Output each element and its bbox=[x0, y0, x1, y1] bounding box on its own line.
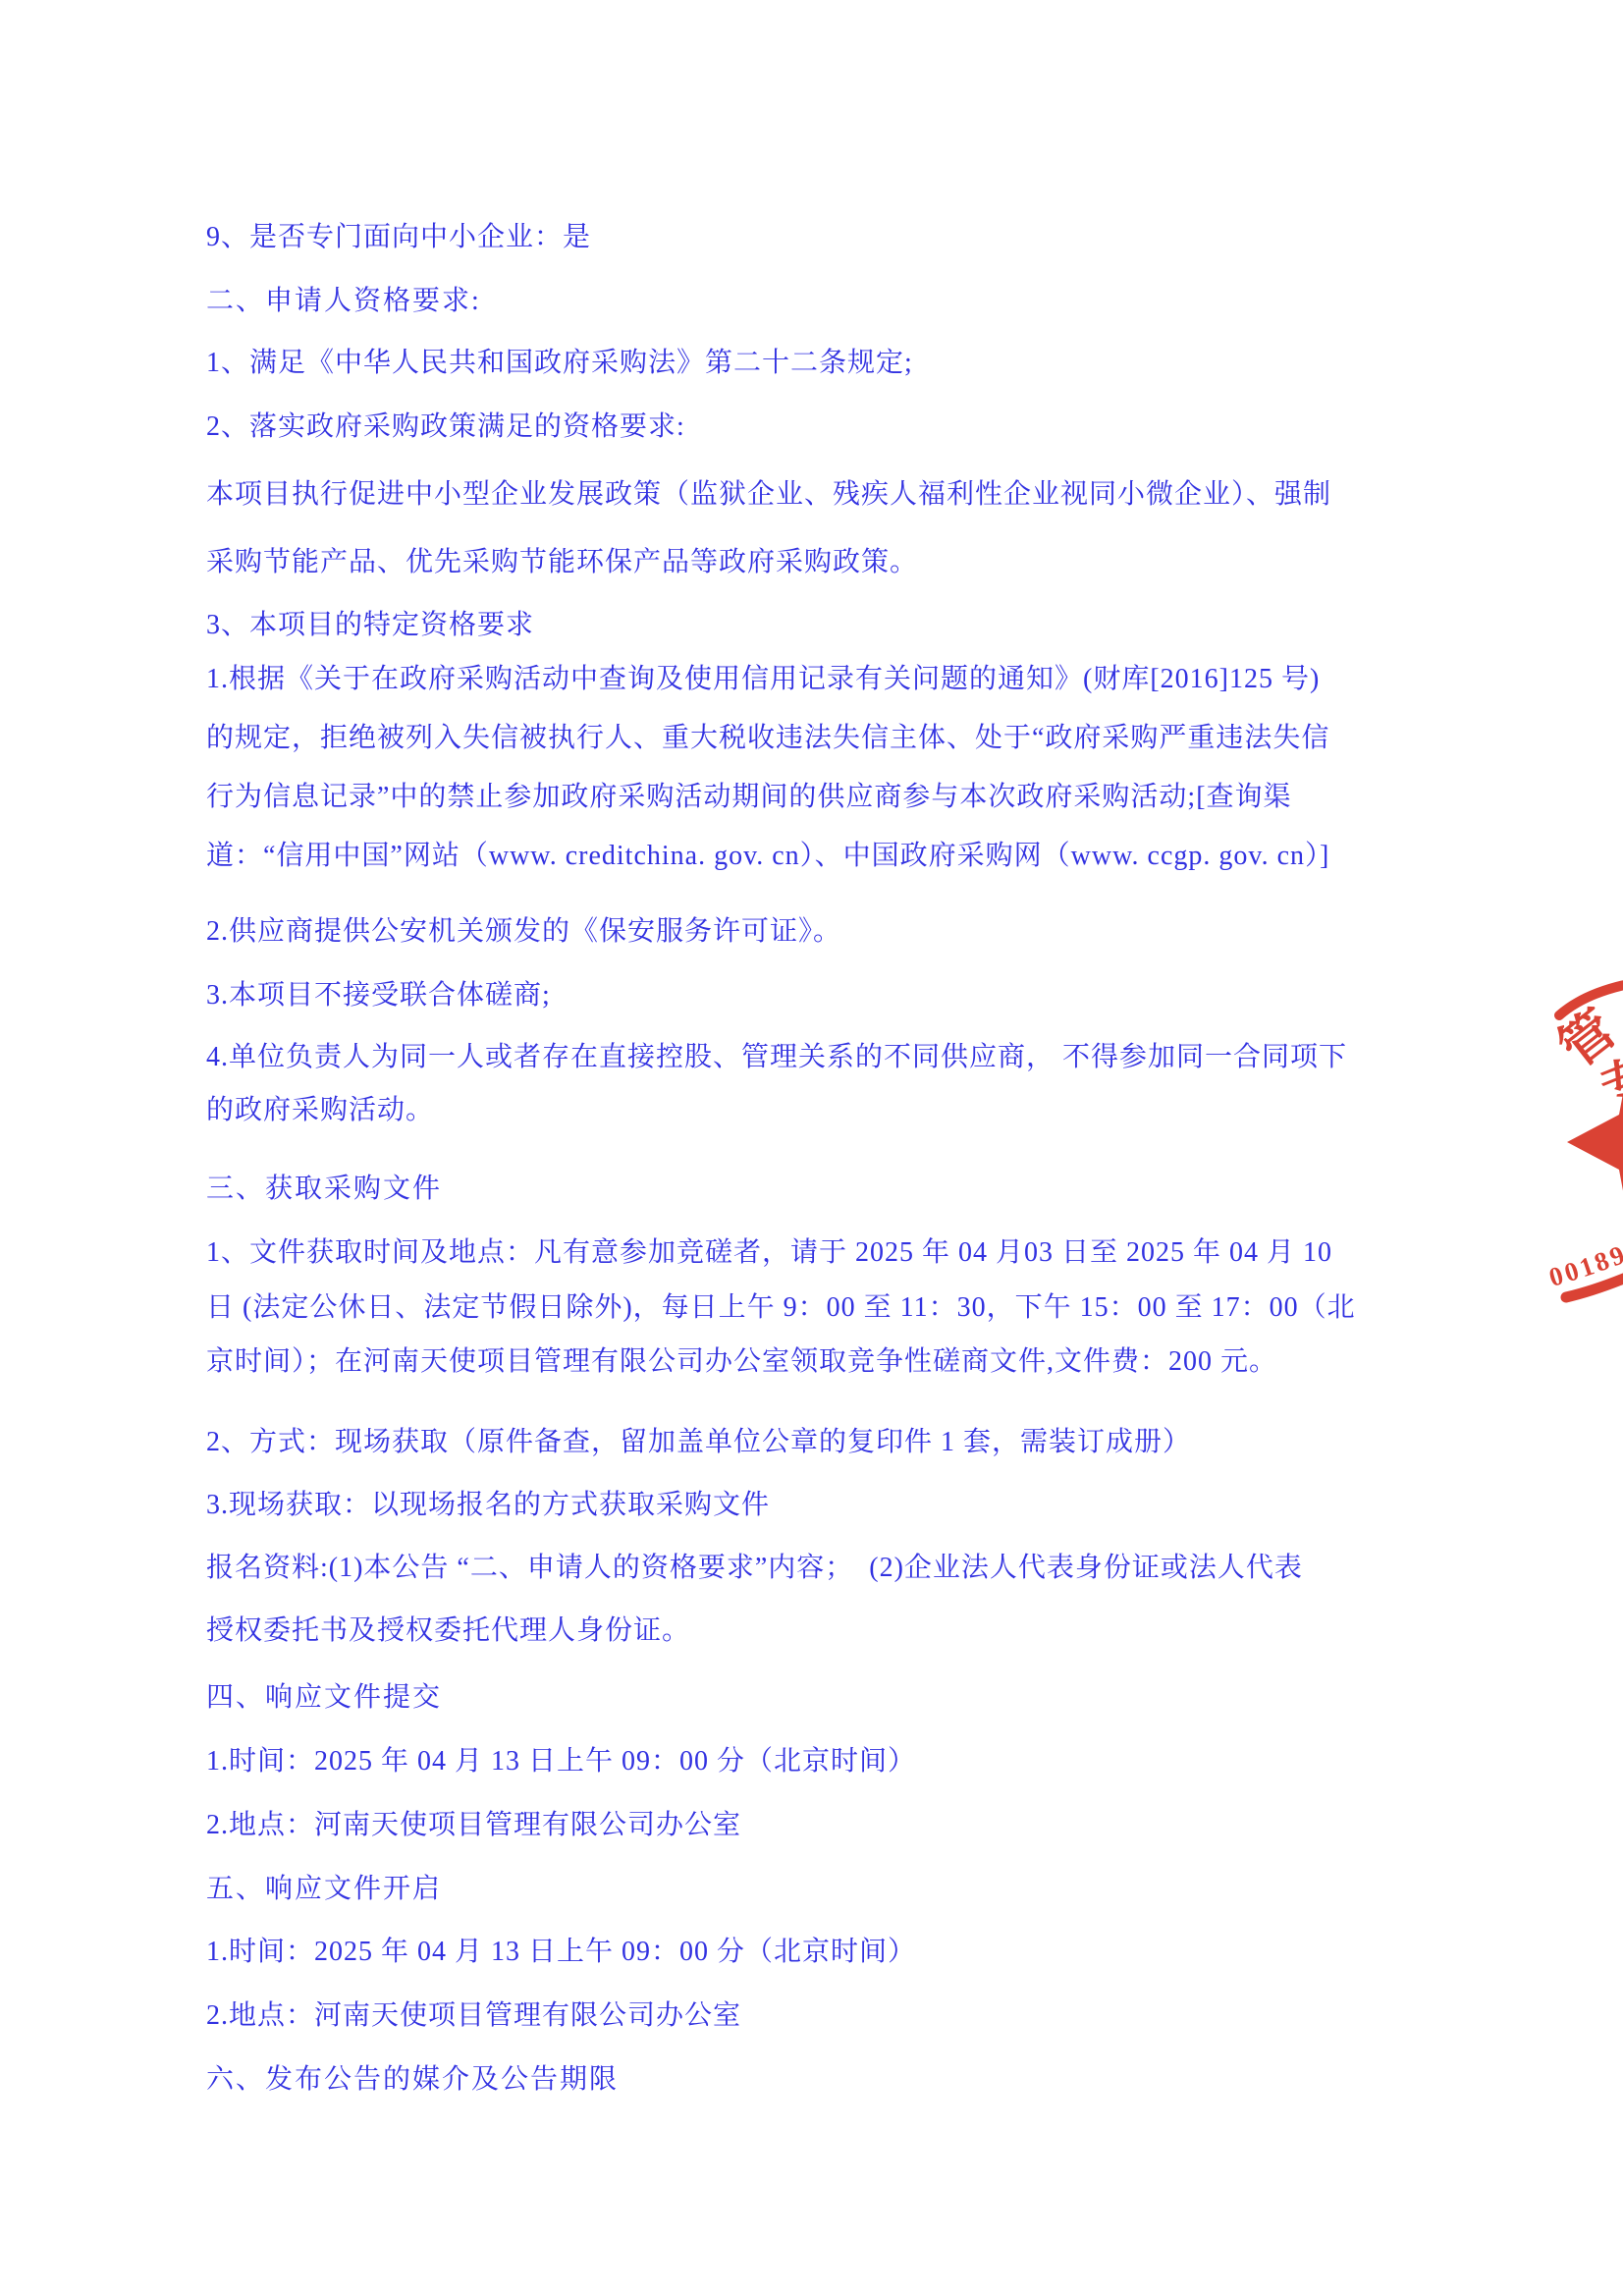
doc-line: 1.时间：2025 年 04 月 13 日上午 09：00 分（北京时间） bbox=[206, 1936, 1443, 1969]
doc-line: 授权委托书及授权委托代理人身份证。 bbox=[206, 1614, 1443, 1648]
official-stamp: 管 专 00189 bbox=[1478, 933, 1623, 1326]
doc-line: 的规定，拒绝被列入失信被执行人、重大税收违法失信主体、处于“政府采购严重违法失信 bbox=[206, 722, 1443, 755]
doc-line: 行为信息记录”中的禁止参加政府采购活动期间的供应商参与本次政府采购活动;[查询渠 bbox=[206, 781, 1443, 814]
doc-line: 2.地点：河南天使项目管理有限公司办公室 bbox=[206, 1999, 1443, 2033]
section-heading: 三、获取采购文件 bbox=[206, 1173, 1443, 1206]
doc-line: 3.现场获取：以现场报名的方式获取采购文件 bbox=[206, 1489, 1443, 1522]
doc-line: 2、落实政府采购政策满足的资格要求: bbox=[206, 410, 1443, 444]
doc-line: 1.根据《关于在政府采购活动中查询及使用信用记录有关问题的通知》(财库[2016… bbox=[206, 663, 1443, 696]
doc-line: 道：“信用中国”网站（www. creditchina. gov. cn）、中国… bbox=[206, 840, 1443, 873]
doc-line: 2.供应商提供公安机关颁发的《保安服务许可证》。 bbox=[206, 915, 1443, 949]
doc-line: 9、是否专门面向中小企业：是 bbox=[206, 221, 1443, 254]
section-heading: 四、响应文件提交 bbox=[206, 1681, 1443, 1715]
doc-line: 2、方式：现场获取（原件备查，留加盖单位公章的复印件 1 套，需装订成册） bbox=[206, 1426, 1443, 1459]
doc-line: 报名资料:(1)本公告 “二、申请人的资格要求”内容； (2)企业法人代表身份证… bbox=[206, 1552, 1443, 1585]
section-heading: 六、发布公告的媒介及公告期限 bbox=[206, 2063, 1443, 2097]
section-heading: 二、申请人资格要求: bbox=[206, 285, 1443, 318]
doc-line: 3、本项目的特定资格要求 bbox=[206, 609, 1443, 642]
doc-line: 京时间）；在河南天使项目管理有限公司办公室领取竞争性磋商文件,文件费：200 元… bbox=[206, 1345, 1443, 1379]
doc-line: 的政府采购活动。 bbox=[206, 1094, 1443, 1127]
doc-line: 1、满足《中华人民共和国政府采购法》第二十二条规定; bbox=[206, 347, 1443, 380]
doc-line: 3.本项目不接受联合体磋商; bbox=[206, 979, 1443, 1012]
doc-line: 4.单位负责人为同一人或者存在直接控股、管理关系的不同供应商， 不得参加同一合同… bbox=[206, 1041, 1443, 1074]
doc-line: 2.地点：河南天使项目管理有限公司办公室 bbox=[206, 1809, 1443, 1842]
doc-line: 日 (法定公休日、法定节假日除外)，每日上午 9：00 至 11：30，下午 1… bbox=[206, 1291, 1443, 1325]
doc-line: 1.时间：2025 年 04 月 13 日上午 09：00 分（北京时间） bbox=[206, 1745, 1443, 1778]
doc-line: 1、文件获取时间及地点：凡有意参加竞磋者，请于 2025 年 04 月03 日至… bbox=[206, 1236, 1443, 1270]
doc-line: 本项目执行促进中小型企业发展政策（监狱企业、残疾人福利性企业视同小微企业）、强制 bbox=[206, 478, 1443, 512]
section-heading: 五、响应文件开启 bbox=[206, 1873, 1443, 1906]
doc-line: 采购节能产品、优先采购节能环保产品等政府采购政策。 bbox=[206, 546, 1443, 579]
document-page: 9、是否专门面向中小企业：是 二、申请人资格要求: 1、满足《中华人民共和国政府… bbox=[0, 0, 1623, 2296]
